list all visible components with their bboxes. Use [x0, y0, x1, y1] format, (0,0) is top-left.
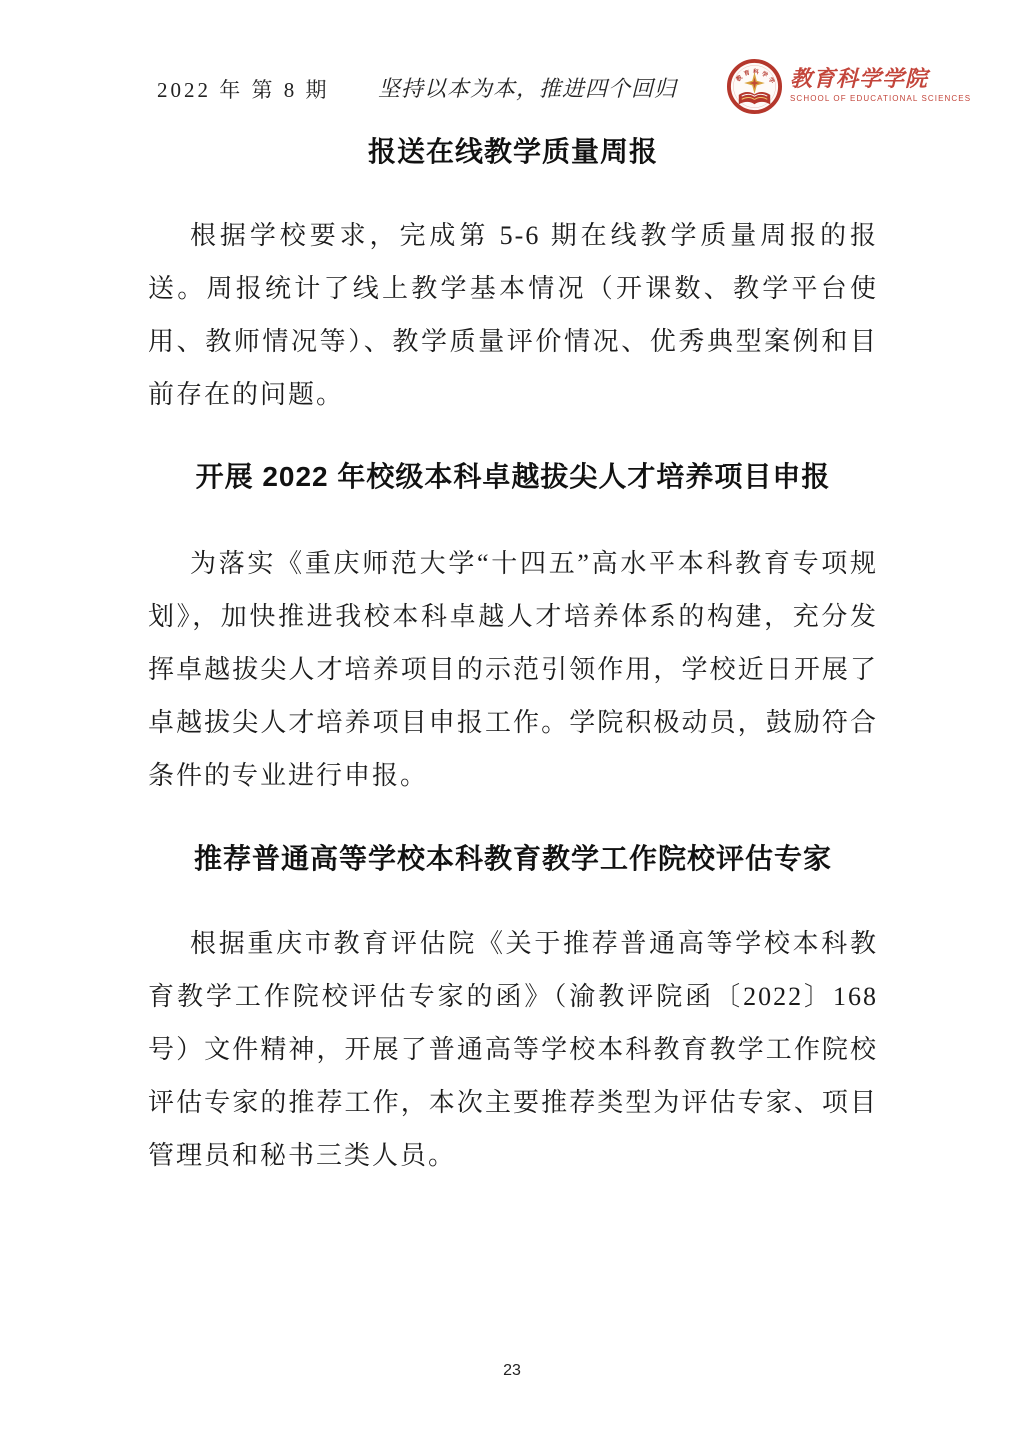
section-title-talent-program: 开展 2022 年校级本科卓越拔尖人才培养项目申报: [148, 461, 878, 493]
section-body-talent-program: 为落实《重庆师范大学“十四五”高水平本科教育专项规划》，加快推进我校本科卓越人才…: [148, 537, 878, 802]
document-page: 2022 年 第 8 期 坚持以本为本，推进四个回归 教育科学学院: [0, 0, 1024, 1448]
header-slogan: 坚持以本为本，推进四个回归: [378, 72, 677, 103]
section-title-expert-recommendation: 推荐普通高等学校本科教育教学工作院校评估专家: [148, 843, 878, 875]
logo-text-block: 教育科学学院 SCHOOL OF EDUCATIONAL SCIENCES: [790, 58, 971, 103]
page-number: 23: [0, 1362, 1024, 1380]
issue-label: 2022 年 第 8 期: [157, 74, 330, 104]
section-body-expert-recommendation: 根据重庆市教育评估院《关于推荐普通高等学校本科教育教学工作院校评估专家的函》（渝…: [148, 917, 878, 1182]
school-logo: 教育科学学院 教育科学学院 SCHOOL OF EDUCATIONAL SCIE…: [726, 58, 971, 115]
section-title-weekly-report: 报送在线教学质量周报: [148, 136, 878, 168]
logo-name-cn: 教育科学学院: [790, 67, 971, 91]
logo-name-en: SCHOOL OF EDUCATIONAL SCIENCES: [790, 94, 971, 103]
school-seal-icon: 教育科学学院: [726, 58, 783, 115]
section-body-weekly-report: 根据学校要求，完成第 5-6 期在线教学质量周报的报送。周报统计了线上教学基本情…: [148, 209, 878, 421]
